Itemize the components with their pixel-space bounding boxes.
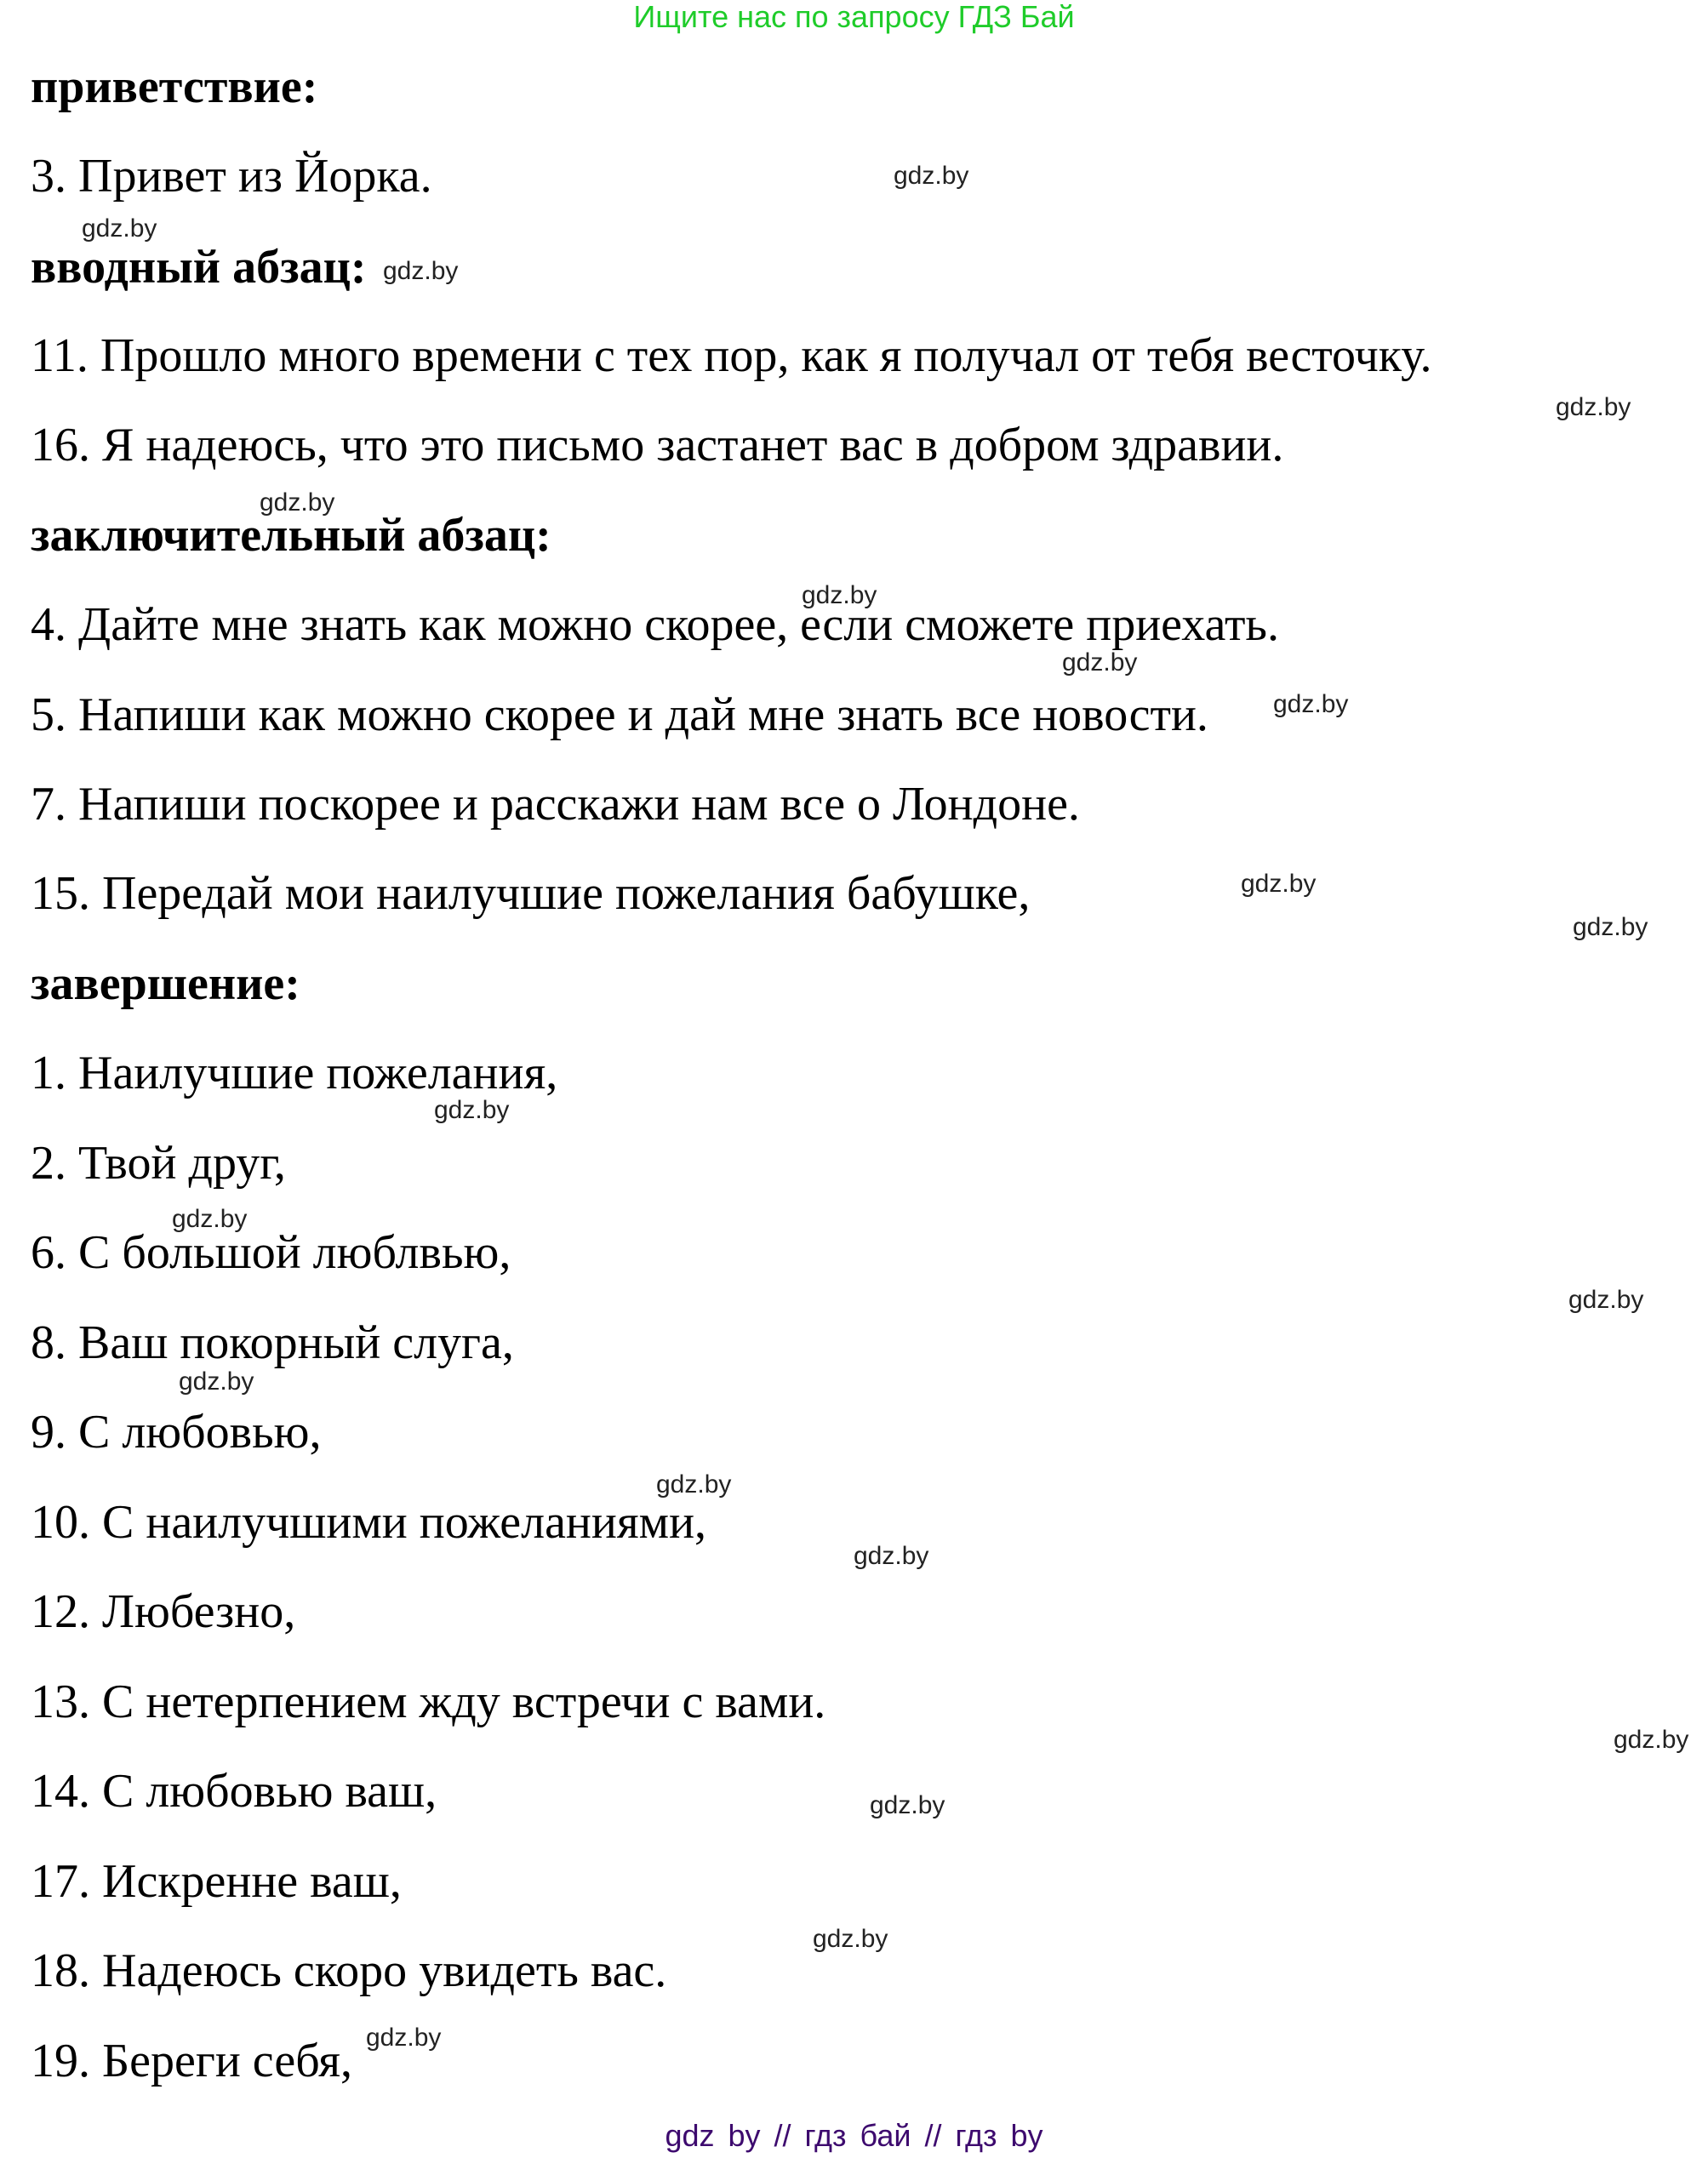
watermark: gdz.by	[434, 1096, 509, 1125]
watermark: gdz.by	[383, 257, 458, 286]
list-item: 15. Передай мои наилучшие пожелания бабу…	[31, 866, 1030, 921]
watermark: gdz.by	[82, 214, 157, 243]
watermark: gdz.by	[172, 1205, 247, 1234]
watermark: gdz.by	[1614, 1726, 1688, 1755]
list-item: 8. Ваш покорный слуга,	[31, 1316, 514, 1370]
list-item: 10. С наилучшими пожеланиями,	[31, 1495, 706, 1550]
watermark: gdz.by	[870, 1791, 945, 1820]
watermark: gdz.by	[1241, 870, 1316, 899]
section-heading-intro: вводный абзац:	[31, 240, 367, 294]
list-item: 12. Любезно,	[31, 1584, 295, 1639]
list-item: 1. Наилучшие пожелания,	[31, 1046, 557, 1100]
watermark: gdz.by	[260, 488, 334, 517]
list-item: 19. Береги себя,	[31, 2034, 352, 2088]
list-item: 16. Я надеюсь, что это письмо застанет в…	[31, 418, 1283, 472]
list-item: 17. Искренне ваш,	[31, 1854, 402, 1909]
watermark: gdz.by	[366, 2024, 441, 2052]
list-item: 2. Твой друг,	[31, 1136, 286, 1190]
list-item: 7. Напиши поскорее и расскажи нам все о …	[31, 777, 1080, 831]
watermark: gdz.by	[813, 1925, 888, 1954]
list-item: 5. Напиши как можно скорее и дай мне зна…	[31, 688, 1208, 742]
list-item: 4. Дайте мне знать как можно скорее, есл…	[31, 597, 1279, 652]
watermark: gdz.by	[1573, 913, 1648, 942]
watermark: gdz.by	[656, 1470, 731, 1499]
list-item: 18. Надеюсь скоро увидеть вас.	[31, 1944, 666, 1998]
list-item: 6. С большой люблвью,	[31, 1225, 511, 1280]
watermark: gdz.by	[1273, 690, 1348, 719]
watermark: gdz.by	[894, 162, 968, 191]
watermark: gdz.by	[854, 1542, 928, 1571]
list-item: 14. С любовью ваш,	[31, 1764, 437, 1818]
list-item: 13. С нетерпением жду встречи с вами.	[31, 1675, 825, 1729]
list-item: 11. Прошло много времени с тех пор, как …	[31, 328, 1432, 383]
watermark: gdz.by	[1568, 1286, 1643, 1315]
section-heading-greeting: приветствие:	[31, 60, 317, 114]
footer-links: gdz by // гдз бай // гдз by	[0, 2119, 1708, 2153]
list-item: 3. Привет из Йорка.	[31, 149, 432, 203]
watermark: gdz.by	[179, 1367, 254, 1396]
list-item: 9. С любовью,	[31, 1405, 321, 1459]
watermark: gdz.by	[802, 581, 877, 610]
search-banner: Ищите нас по запросу ГДЗ Бай	[0, 0, 1708, 34]
watermark: gdz.by	[1556, 393, 1631, 422]
section-heading-sign-off: завершение:	[31, 956, 300, 1011]
watermark: gdz.by	[1062, 648, 1137, 677]
